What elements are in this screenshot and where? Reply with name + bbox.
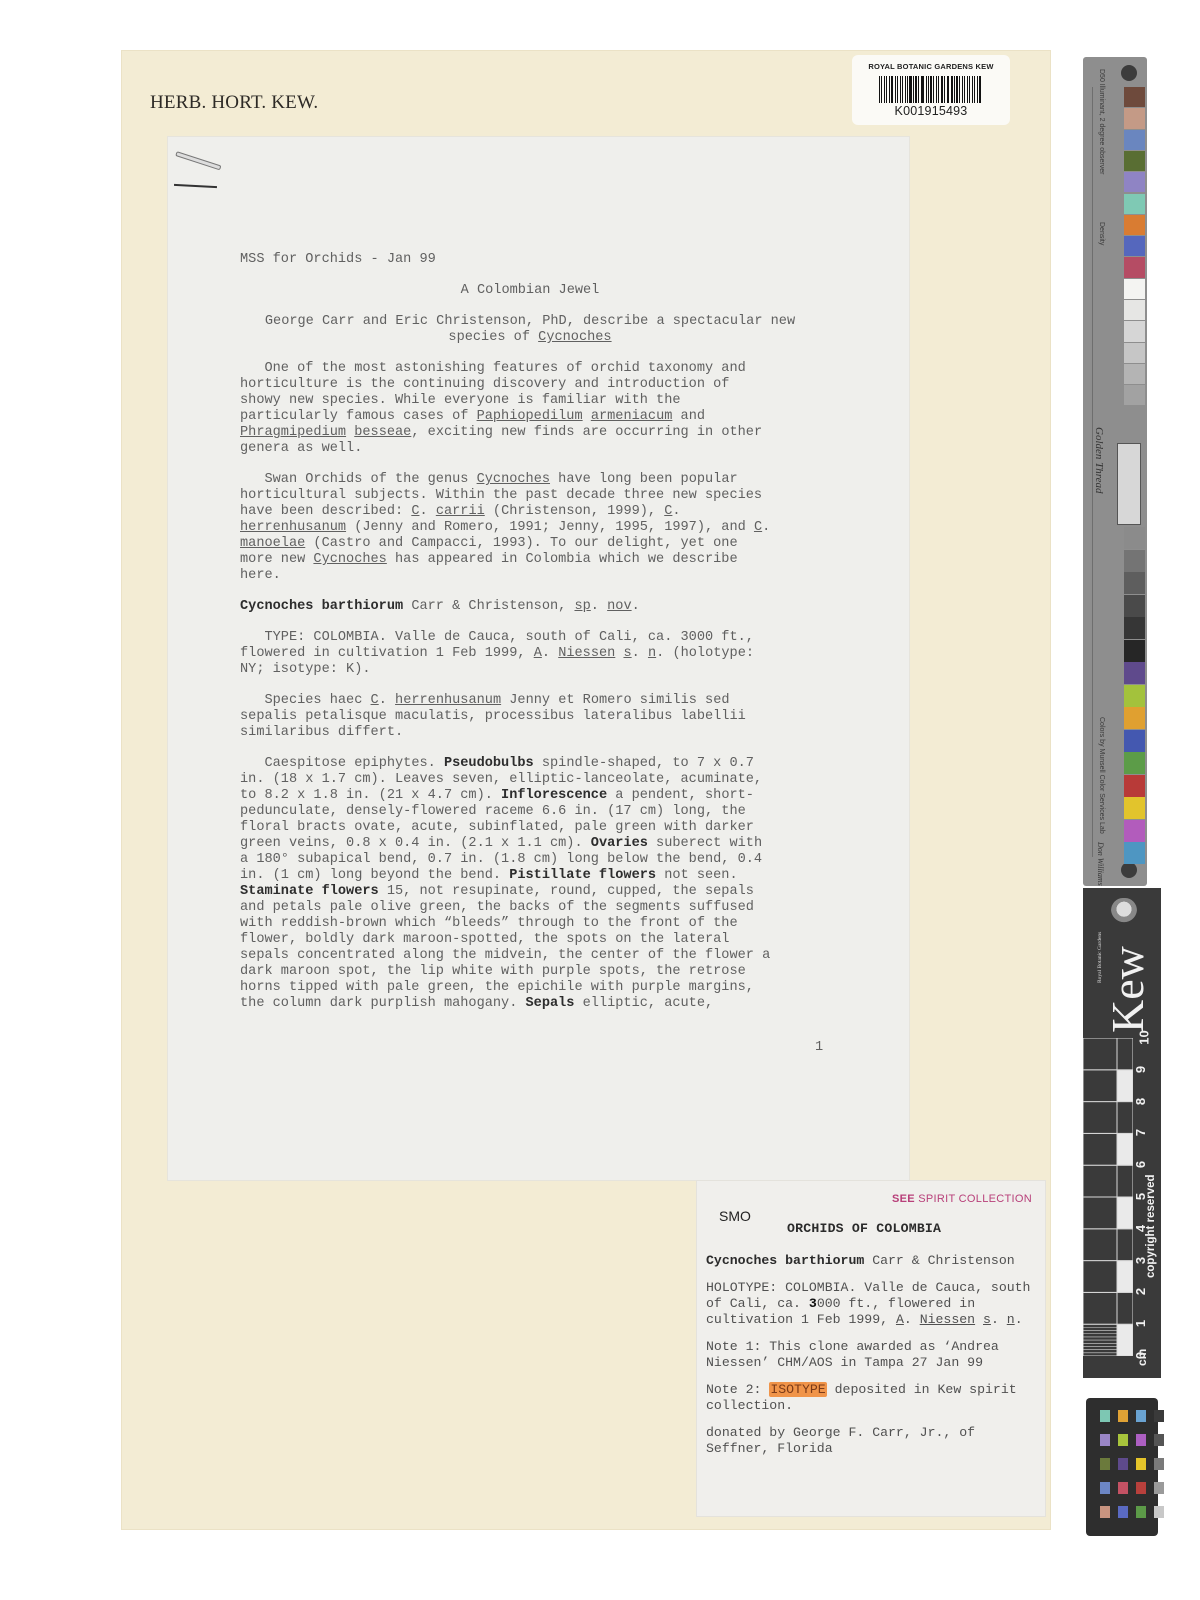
manuscript-text: MSS for Orchids - Jan 99 A Colombian Jew… [240,252,820,1012]
unit-label: cm [1135,1349,1149,1366]
color-patch [1124,87,1145,107]
gray-color-patch [1124,595,1145,617]
color-patch [1124,364,1145,384]
page-number: 1 [815,1040,823,1055]
cm-tick-label: 9 [1133,1066,1148,1073]
royal-crest-icon [1111,898,1137,926]
checker-cell [1118,1434,1128,1446]
barcode-icon [879,76,983,103]
paragraph-swan-orchids: Swan Orchids of the genus Cycnoches have… [240,472,820,584]
color-patch [1124,385,1145,405]
checker-cell [1118,1458,1128,1470]
checker-cell [1100,1458,1110,1470]
color-patch [1124,279,1145,299]
color-checker-card [1086,1398,1158,1536]
color-calibration-scale: D50 Illuminant, 2 degree observer Densit… [1083,57,1147,886]
herbarium-title: HERB. HORT. KEW. [150,92,318,114]
latin-diagnosis: Species haec C. herrenhusanum Jenny et R… [240,693,820,741]
cm-tick-label: 6 [1133,1161,1148,1168]
gray-color-patch [1124,775,1145,797]
checker-cell [1100,1506,1110,1518]
spirit-collection-stamp: SEE SPIRIT COLLECTION [892,1191,1032,1207]
color-patch [1124,343,1145,363]
color-patch [1124,215,1145,235]
gray-color-patch [1124,797,1145,819]
color-patch [1124,257,1145,277]
checker-cell [1118,1482,1128,1494]
checker-cell [1100,1410,1110,1422]
checker-cell [1100,1482,1110,1494]
specimen-label: SEE SPIRIT COLLECTION SMO ORCHIDS OF COL… [697,1181,1045,1516]
density-table [1092,87,1123,857]
cm-tick-label: 8 [1133,1097,1148,1104]
gray-color-patch [1124,685,1145,707]
gray-color-patch [1124,527,1145,549]
color-patch [1124,300,1145,320]
barcode-label: ROYAL BOTANIC GARDENS KEW K001915493 [852,55,1010,125]
checker-cell [1154,1410,1164,1422]
gray-color-patch [1124,752,1145,774]
manuscript-header: MSS for Orchids - Jan 99 [240,252,820,268]
gray-color-patch [1124,662,1145,684]
gray-color-patch [1124,730,1145,752]
copyright-text: copyright reserved [1145,1174,1157,1278]
color-patch [1124,130,1145,150]
article-title: A Colombian Jewel [240,283,820,299]
label-note-2: Note 2: ISOTYPE deposited in Kew spirit … [706,1382,1041,1414]
gray-color-patch [1124,572,1145,594]
color-patch [1124,194,1145,214]
gray-color-patch [1124,550,1145,572]
label-taxon: Cycnoches barthiorum Carr & Christenson [706,1253,1041,1269]
species-heading: Cycnoches barthiorum Carr & Christenson,… [240,599,820,615]
handwritten-code: SMO [719,1208,751,1224]
kew-logo: Kew [1101,946,1154,1033]
cm-tick-label: 1 [1133,1320,1148,1327]
checker-cell [1154,1458,1164,1470]
color-patch [1124,108,1145,128]
hole-icon [1121,65,1137,81]
cm-tick-label: 2 [1133,1288,1148,1295]
checker-cell [1136,1434,1146,1446]
gray-color-patch [1124,842,1145,864]
cm-tick-label: 10 [1137,1030,1152,1044]
cm-tick-label: 7 [1133,1129,1148,1136]
type-citation: TYPE: COLOMBIA. Valle de Cauca, south of… [240,630,820,678]
checker-cell [1136,1458,1146,1470]
gray-color-patch [1124,707,1145,729]
hole-icon [1121,862,1137,878]
institution-name: ROYAL BOTANIC GARDENS KEW [852,62,1010,71]
checker-cell [1118,1506,1128,1518]
description: Caespitose epiphytes. Pseudobulbs spindl… [240,756,820,1012]
byline: George Carr and Eric Christenson, PhD, d… [240,314,820,346]
color-patch [1124,321,1145,341]
gray-color-patch [1124,640,1145,662]
checker-cell [1154,1434,1164,1446]
checker-cell [1136,1410,1146,1422]
label-heading: ORCHIDS OF COLOMBIA [787,1221,941,1237]
label-holotype: HOLOTYPE: COLOMBIA. Valle de Cauca, sout… [706,1280,1041,1328]
gray-color-patch [1124,617,1145,639]
color-patch [1124,172,1145,192]
isotype-highlight: ISOTYPE [769,1382,826,1397]
label-donor: donated by George F. Carr, Jr., of Seffn… [706,1425,1041,1457]
kew-ruler: Royal Botanic Gardens Kew 012345678910 c… [1083,888,1161,1378]
checker-cell [1118,1410,1128,1422]
checker-cell [1154,1482,1164,1494]
checker-cell [1136,1482,1146,1494]
checker-cell [1136,1506,1146,1518]
color-patch [1124,236,1145,256]
gray-color-patch [1124,820,1145,842]
cm-ruler-bars [1083,1038,1133,1356]
barcode-number: K001915493 [852,104,1010,118]
label-note-1: Note 1: This clone awarded as ‘Andrea Ni… [706,1339,1041,1371]
paragraph-intro: One of the most astonishing features of … [240,361,820,457]
checker-cell [1154,1506,1164,1518]
checker-cell [1100,1434,1110,1446]
color-patch [1124,151,1145,171]
